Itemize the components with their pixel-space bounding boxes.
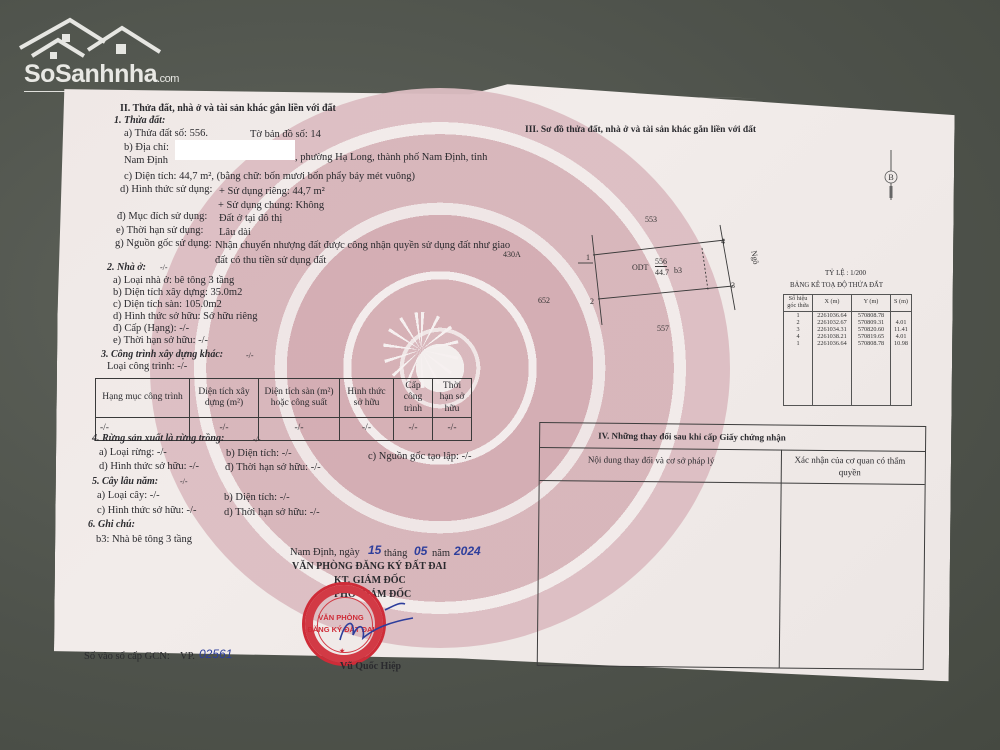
- origin-label: g) Nguồn gốc sử dụng:: [115, 239, 212, 250]
- house-grade: đ) Cấp (Hạng): -/-: [113, 324, 189, 335]
- use-shared: + Sử dụng chung: Không: [218, 201, 324, 212]
- changes-subheader: Nội dung thay đổi và cơ sở pháp lý Xác n…: [540, 447, 925, 485]
- neighbor-parcel: 430A: [503, 250, 521, 259]
- signer-name: Vũ Quốc Hiệp: [340, 662, 401, 672]
- corner-3: 3: [731, 281, 735, 290]
- notes-heading: 6. Ghi chú:: [88, 520, 135, 530]
- table-cell: 570809.31: [852, 319, 891, 326]
- table-cell: 2: [784, 319, 813, 326]
- table-cell: 11.41: [891, 326, 912, 333]
- table-header: X (m): [813, 295, 852, 312]
- origin-line2: đất có thu tiền sử dụng đất: [215, 256, 326, 267]
- other-works-heading-value: -/-: [246, 352, 254, 360]
- parcel-diagram: 553 430A 652 557 1 2 3 4 ODT 556 44.7 b3…: [560, 220, 780, 340]
- table-cell: 2261036.64: [813, 340, 852, 406]
- table-cell: 2261038.21: [813, 333, 852, 340]
- changes-col2-header: Xác nhận của cơ quan có thẩm quyền: [790, 454, 910, 480]
- house-built-area: b) Diện tích xây dựng: 35.0m2: [113, 288, 242, 299]
- forest-type: a) Loại rừng: -/-: [99, 448, 167, 459]
- house-term: e) Thời hạn sở hữu: -/-: [113, 336, 208, 347]
- table-header: Diện tích sàn (m²) hoặc công suất: [259, 379, 340, 418]
- table-row: 12261036.64570808.7810.98: [784, 340, 912, 406]
- forest-heading: 4. Rừng sản xuất là rừng trồng:: [92, 434, 224, 444]
- sign-month: 05: [414, 545, 427, 557]
- forest-ownership: d) Hình thức sở hữu: -/-: [99, 462, 199, 473]
- table-header: Thời hạn sở hữu: [433, 379, 472, 418]
- corner-1: 1: [586, 253, 590, 262]
- coordinate-table-title: BẢNG KÊ TOẠ ĐỘ THỬA ĐẤT: [790, 283, 883, 290]
- perennial-ownership: c) Hình thức sở hữu: -/-: [97, 506, 196, 517]
- drum-star-emblem: [383, 312, 459, 388]
- table-cell: 570808.78: [852, 311, 891, 319]
- other-works-table: Hạng mục công trình Diện tích xây dựng (…: [95, 378, 472, 441]
- neighbor-parcel: 652: [538, 296, 550, 305]
- place-date-prefix: Nam Định, ngày: [290, 548, 360, 559]
- table-header: Hạng mục công trình: [96, 379, 190, 418]
- sosanhnha-watermark: SoSanhnha.com Great choice for you: [10, 12, 180, 102]
- notes-text: b3: Nhà bê tông 3 tầng: [96, 535, 192, 546]
- building-label: b3: [674, 266, 682, 275]
- house-logo-icon: [10, 12, 180, 62]
- watermark-brand: SoSanhnha.com: [24, 60, 179, 89]
- forest-origin: c) Nguồn gốc tạo lập: -/-: [368, 452, 472, 463]
- table-cell: 10.98: [891, 340, 912, 406]
- table-cell: -/-: [340, 418, 394, 441]
- term-value: Lâu dài: [219, 228, 251, 239]
- table-cell: 3: [784, 326, 813, 333]
- month-label: tháng: [384, 549, 407, 560]
- table-cell: -/-: [394, 418, 433, 441]
- table-cell: 1: [784, 311, 813, 319]
- svg-text:B: B: [888, 173, 893, 182]
- use-private: + Sử dụng riêng: 44,7 m²: [219, 187, 325, 198]
- table-row: 12261036.64570808.78: [784, 311, 912, 319]
- handwritten-signature: [335, 600, 425, 650]
- forest-area: b) Diện tích: -/-: [226, 449, 292, 460]
- house-type: a) Loại nhà ở: bê tông 3 tầng: [113, 276, 234, 287]
- table-header: Diện tích xây dựng (m²): [190, 379, 259, 418]
- purpose-value: Đất ở tại đô thị: [219, 214, 282, 225]
- land-area: c) Diện tích: 44,7 m², (bằng chữ: bốn mư…: [124, 172, 415, 183]
- redacted-address: [175, 140, 295, 160]
- perennial-heading: 5. Cây lâu năm:: [92, 477, 158, 487]
- table-header: Số hiệu góc thửa: [784, 295, 813, 312]
- coordinate-table: Số hiệu góc thửa X (m) Y (m) S (m) 12261…: [783, 294, 912, 406]
- forest-heading-value: -/-: [253, 436, 261, 444]
- register-prefix: VP.: [180, 652, 195, 663]
- other-works-heading: 3. Công trình xây dựng khác:: [101, 350, 223, 360]
- corner-4: 4: [721, 237, 725, 246]
- table-row: 42261038.21570819.654.01: [784, 333, 912, 340]
- table-cell: 2261034.31: [813, 326, 852, 333]
- perennial-area: b) Diện tích: -/-: [224, 493, 290, 504]
- table-cell: 4.01: [891, 319, 912, 326]
- table-cell: 4: [784, 333, 813, 340]
- parcel-number-label: 556: [655, 257, 667, 267]
- table-header-row: Số hiệu góc thửa X (m) Y (m) S (m): [784, 295, 912, 312]
- table-cell: 570808.78: [852, 340, 891, 406]
- other-works-type: Loại công trình: -/-: [107, 362, 187, 373]
- parcel-number: a) Thửa đất số: 556.: [124, 129, 208, 140]
- perennial-type: a) Loại cây: -/-: [97, 491, 160, 502]
- neighbor-parcel: 557: [657, 324, 669, 333]
- map-sheet-number: Tờ bản đồ số: 14: [250, 130, 321, 141]
- perennial-term: d) Thời hạn sở hữu: -/-: [224, 508, 320, 519]
- section-iii-title: III. Sơ đồ thửa đất, nhà ở và tài sản kh…: [525, 126, 756, 136]
- issuing-office: VĂN PHÒNG ĐĂNG KÝ ĐẤT ĐAI: [292, 562, 447, 572]
- changes-table: IV. Những thay đổi sau khi cấp Giấy chứn…: [537, 422, 927, 670]
- neighbor-parcel: 553: [645, 215, 657, 224]
- purpose-label: đ) Mục đích sử dụng:: [117, 212, 207, 223]
- table-cell: 2261032.67: [813, 319, 852, 326]
- register-number: 02561: [199, 648, 232, 660]
- address-rest: , phường Hạ Long, thành phố Nam Định, tỉ…: [295, 153, 487, 164]
- forest-term: đ) Thời hạn sở hữu: -/-: [225, 463, 321, 474]
- year-label: năm: [432, 549, 450, 560]
- table-header: Hình thức sở hữu: [340, 379, 394, 418]
- table-header: Y (m): [852, 295, 891, 312]
- table-cell: 2261036.64: [813, 311, 852, 319]
- table-cell: 570820.60: [852, 326, 891, 333]
- table-row: 32261034.31570820.6011.41: [784, 326, 912, 333]
- changes-title: IV. Những thay đổi sau khi cấp Giấy chứn…: [598, 432, 786, 443]
- sign-year: 2024: [454, 545, 481, 557]
- table-header: Cấp công trình: [394, 379, 433, 418]
- north-arrow-icon: B: [884, 150, 898, 205]
- table-cell: 4.01: [891, 333, 912, 340]
- house-ownership: d) Hình thức sở hữu: Sở hữu riêng: [113, 312, 258, 323]
- term-label: e) Thời hạn sử dụng:: [116, 226, 203, 237]
- house-heading-value: -/-: [160, 264, 168, 272]
- origin-value: Nhận chuyển nhượng đất được công nhận qu…: [215, 241, 510, 252]
- table-header: S (m): [891, 295, 912, 312]
- register-label: Số vào sổ cấp GCN:: [84, 652, 170, 663]
- address-line2: Nam Định: [124, 156, 168, 167]
- sign-day: 15: [368, 544, 381, 556]
- map-scale: TỶ LỆ : 1/200: [825, 270, 866, 277]
- parcel-area-label: 44.7: [655, 268, 669, 277]
- corner-2: 2: [590, 297, 594, 306]
- table-header-row: Hạng mục công trình Diện tích xây dựng (…: [96, 379, 472, 418]
- house-floor-area: c) Diện tích sàn: 105.0m2: [113, 300, 222, 311]
- table-cell: -/-: [433, 418, 472, 441]
- table-cell: 570819.65: [852, 333, 891, 340]
- table-row: 22261032.67570809.314.01: [784, 319, 912, 326]
- address-label: b) Địa chỉ:: [124, 143, 169, 154]
- perennial-heading-value: -/-: [180, 478, 188, 486]
- section-ii-title: II. Thửa đất, nhà ở và tài sản khác gắn …: [120, 104, 336, 114]
- table-cell: 1: [784, 340, 813, 406]
- changes-col1-header: Nội dung thay đổi và cơ sở pháp lý: [588, 455, 715, 465]
- land-code: ODT: [632, 263, 648, 272]
- table-cell: -/-: [259, 418, 340, 441]
- use-form-label: d) Hình thức sử dụng:: [120, 185, 212, 196]
- house-heading: 2. Nhà ở:: [107, 263, 146, 273]
- table-cell: [891, 311, 912, 319]
- land-heading: 1. Thửa đất:: [114, 116, 165, 126]
